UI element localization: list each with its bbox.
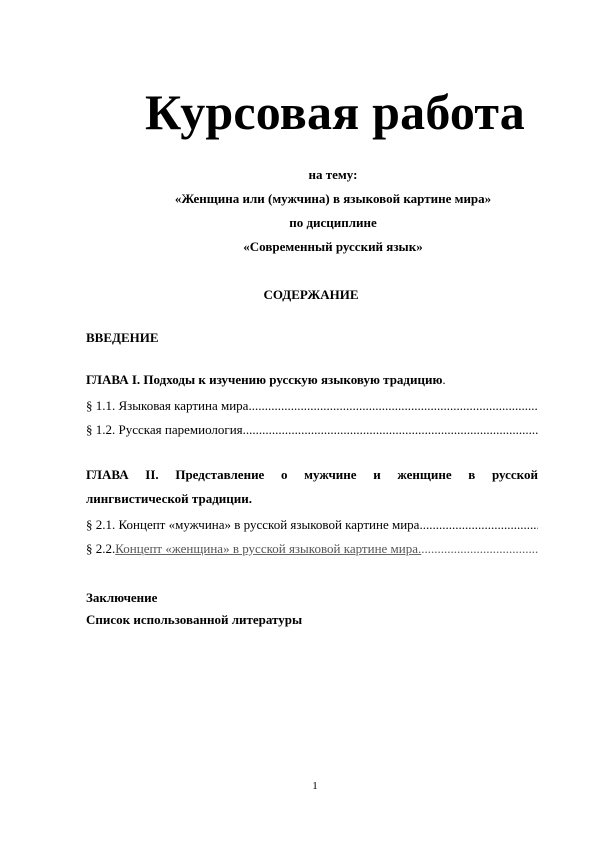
chapter-1-title: ГЛАВА I. Подходы к изучению русскую язык… xyxy=(86,372,442,387)
leader-dots xyxy=(248,398,538,414)
document-title: Курсовая работа xyxy=(0,84,596,140)
toc-chapter-2-line-2: лингвистической традиции. xyxy=(86,491,252,507)
page-number: 1 xyxy=(0,780,596,792)
toc-section-1-1: § 1.1. Языковая картина мира xyxy=(86,398,538,414)
leader-dots xyxy=(243,422,538,438)
toc-bibliography: Список использованной литературы xyxy=(86,612,302,628)
toc-section-1-2: § 1.2. Русская паремиология xyxy=(86,422,538,438)
section-label: § 1.2. Русская паремиология xyxy=(86,422,243,438)
leader-dots xyxy=(421,541,538,557)
leader-dots xyxy=(419,517,538,533)
chapter-1-title-end: . xyxy=(442,372,445,387)
subtitle-on-topic: на тему: xyxy=(0,167,596,183)
section-label: § 1.1. Языковая картина мира xyxy=(86,398,248,414)
toc-chapter-2-line-1: ГЛАВА II. Представление о мужчине и женщ… xyxy=(86,467,538,483)
subtitle-discipline: «Современный русский язык» xyxy=(0,239,596,255)
section-prefix: § 2.2. xyxy=(86,541,115,557)
toc-section-2-1: § 2.1. Концепт «мужчина» в русской языко… xyxy=(86,517,538,533)
toc-introduction: ВВЕДЕНИЕ xyxy=(86,330,159,346)
toc-chapter-1: ГЛАВА I. Подходы к изучению русскую язык… xyxy=(86,372,446,388)
section-link[interactable]: Концепт «женщина» в русской языковой кар… xyxy=(115,541,421,557)
section-label: § 2.1. Концепт «мужчина» в русской языко… xyxy=(86,517,419,533)
subtitle-discipline-label: по дисциплине xyxy=(0,215,596,231)
toc-conclusion: Заключение xyxy=(86,590,157,606)
toc-section-2-2[interactable]: § 2.2. Концепт «женщина» в русской языко… xyxy=(86,541,538,557)
toc-heading: СОДЕРЖАНИЕ xyxy=(0,287,596,303)
subtitle-topic: «Женщина или (мужчина) в языковой картин… xyxy=(0,191,596,207)
